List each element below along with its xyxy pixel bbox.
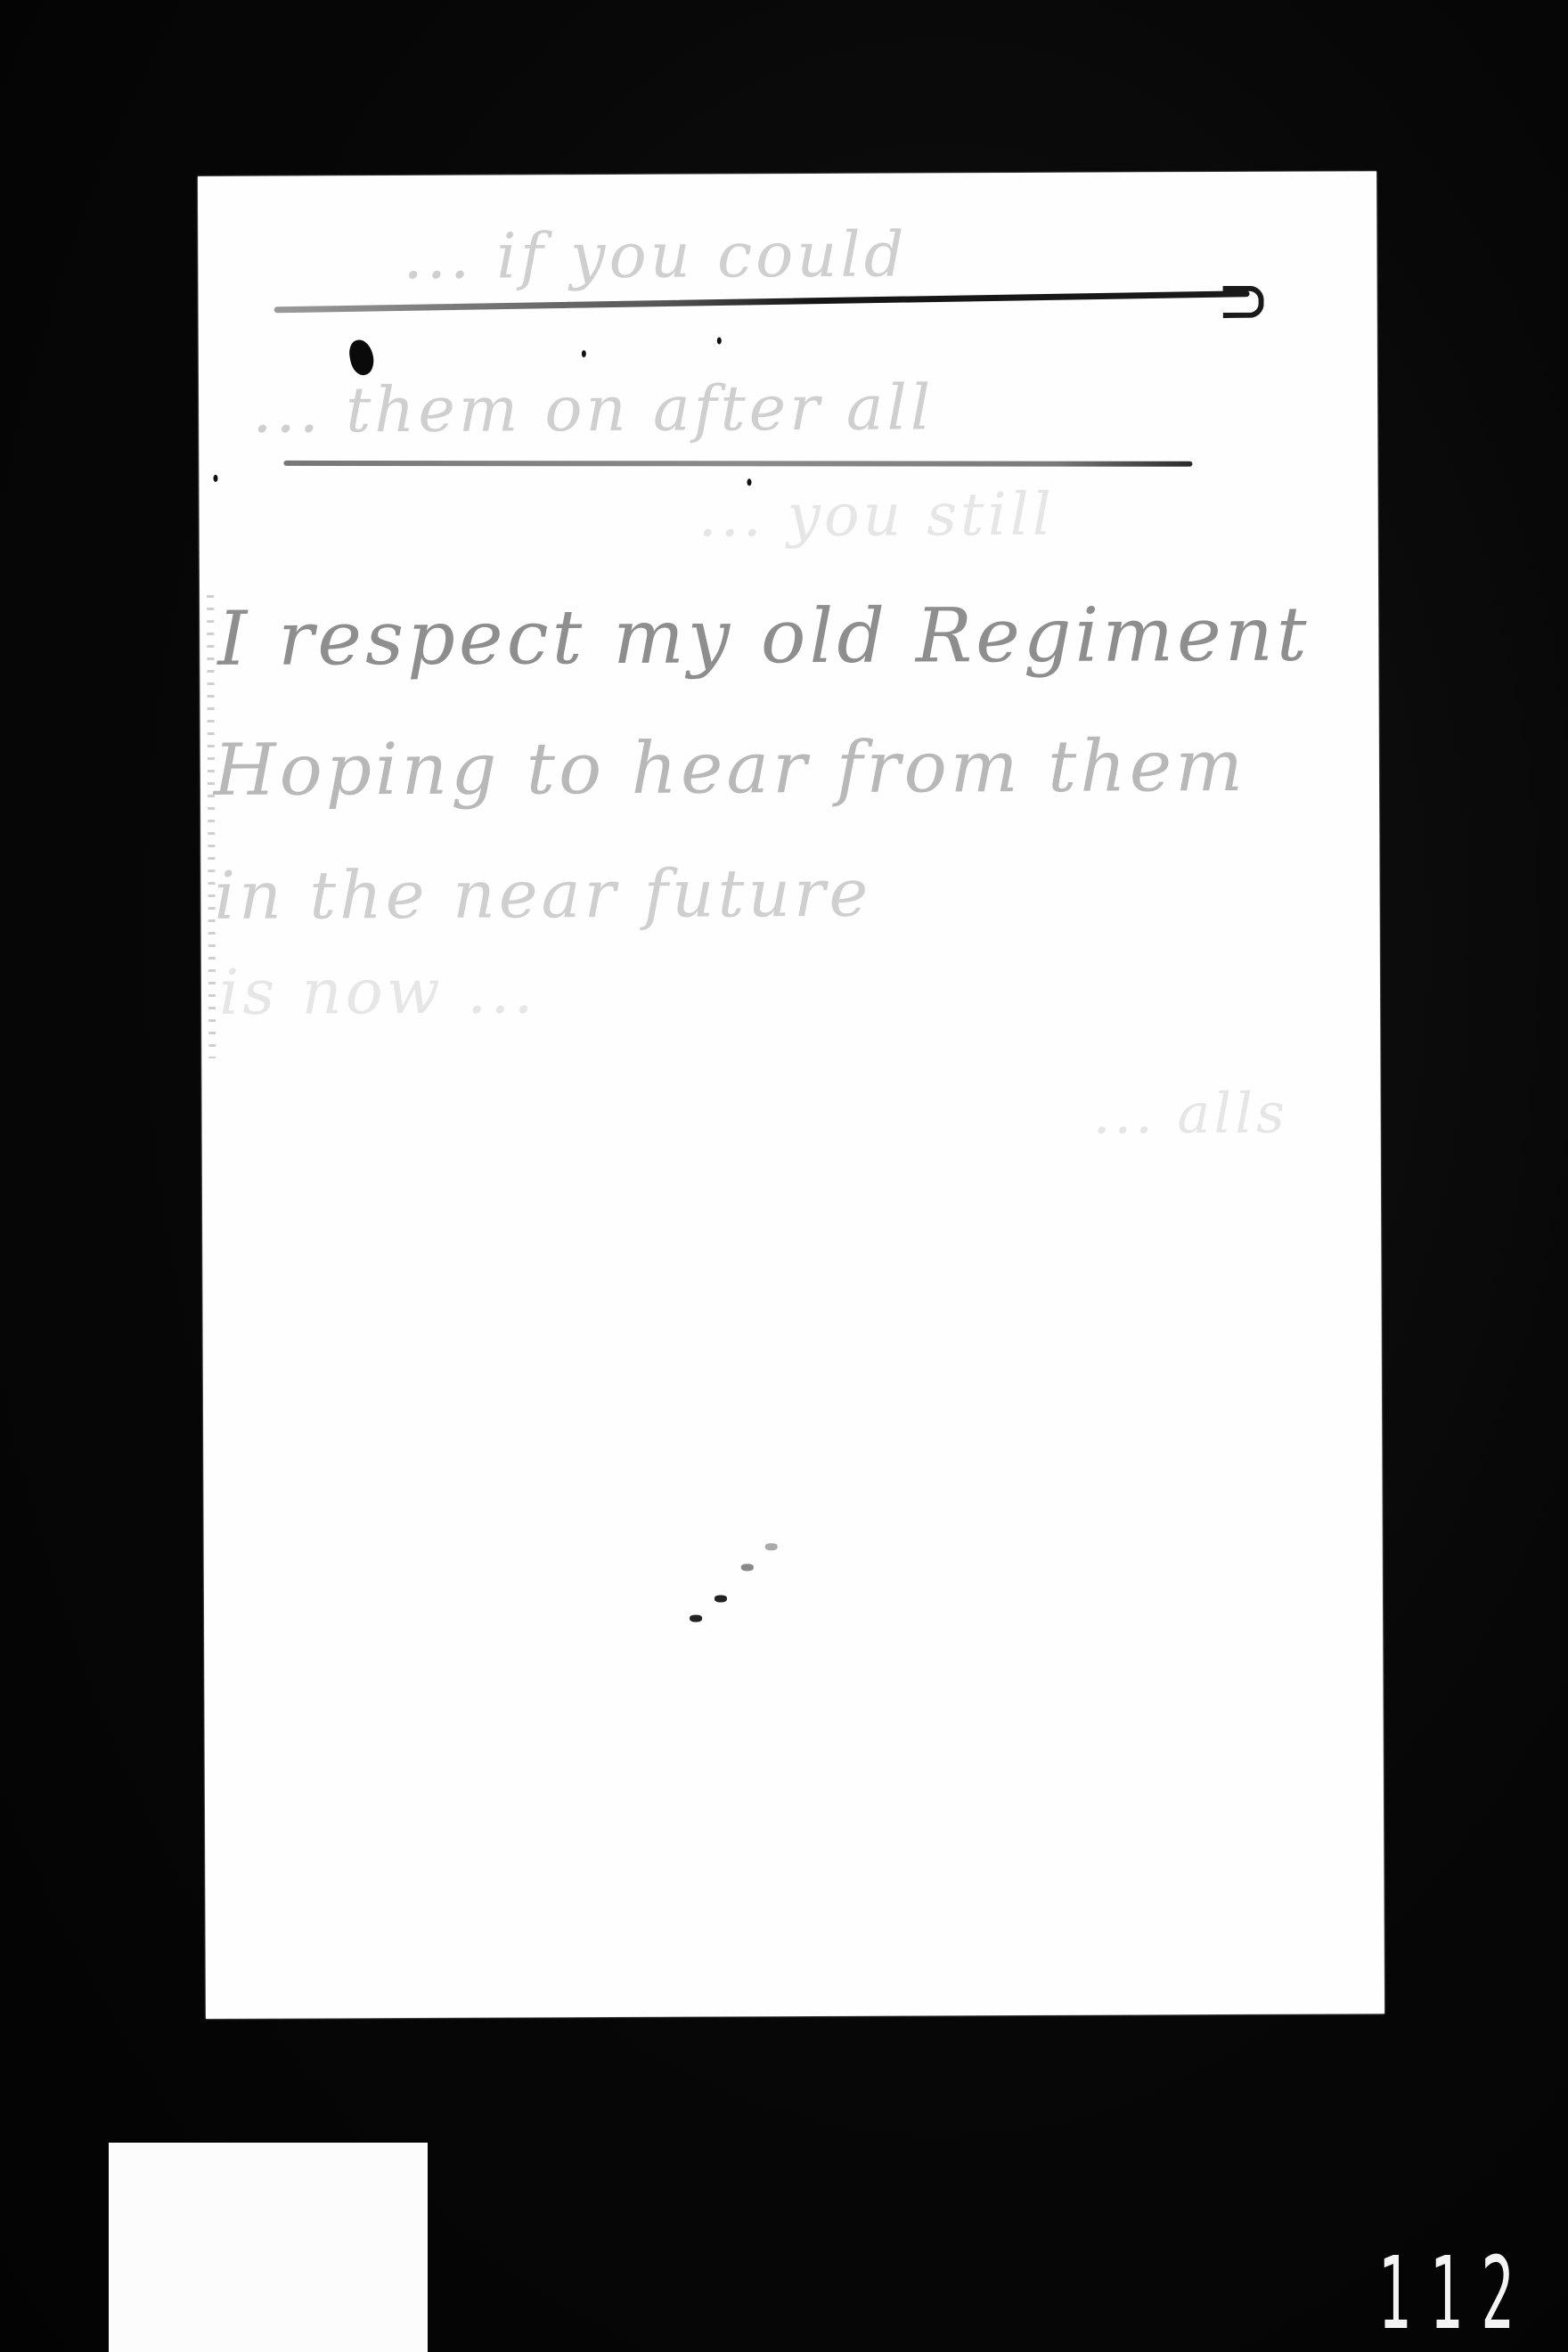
margin-specks <box>207 595 216 1058</box>
handwritten-line-2: ... them on after all <box>252 371 935 446</box>
ink-dot <box>582 350 586 357</box>
handwritten-line-5: Hoping to hear from them <box>214 724 1246 812</box>
ink-dot <box>717 337 722 344</box>
film-frame-label <box>109 2143 428 2352</box>
handwritten-line-8: ... alls <box>1092 1081 1288 1147</box>
strike-through-line-1 <box>274 290 1250 313</box>
handwritten-line-3: ... you still <box>698 480 1055 551</box>
letter-page: ... if you could ... them on after all .… <box>198 171 1384 2019</box>
handwritten-line-6: in the near future <box>214 855 871 935</box>
frame-number: 112 <box>1377 2236 1532 2352</box>
strike-through-hook <box>1223 286 1264 318</box>
handwritten-line-4: I respect my old Regiment <box>217 591 1311 682</box>
strike-through-line-2 <box>283 461 1192 467</box>
ink-dot <box>213 475 217 482</box>
handwritten-line-1: ... if you could <box>403 218 908 293</box>
ink-specks <box>690 1532 788 1630</box>
handwritten-line-7: is now ... <box>219 954 537 1029</box>
ink-blot <box>347 338 377 377</box>
